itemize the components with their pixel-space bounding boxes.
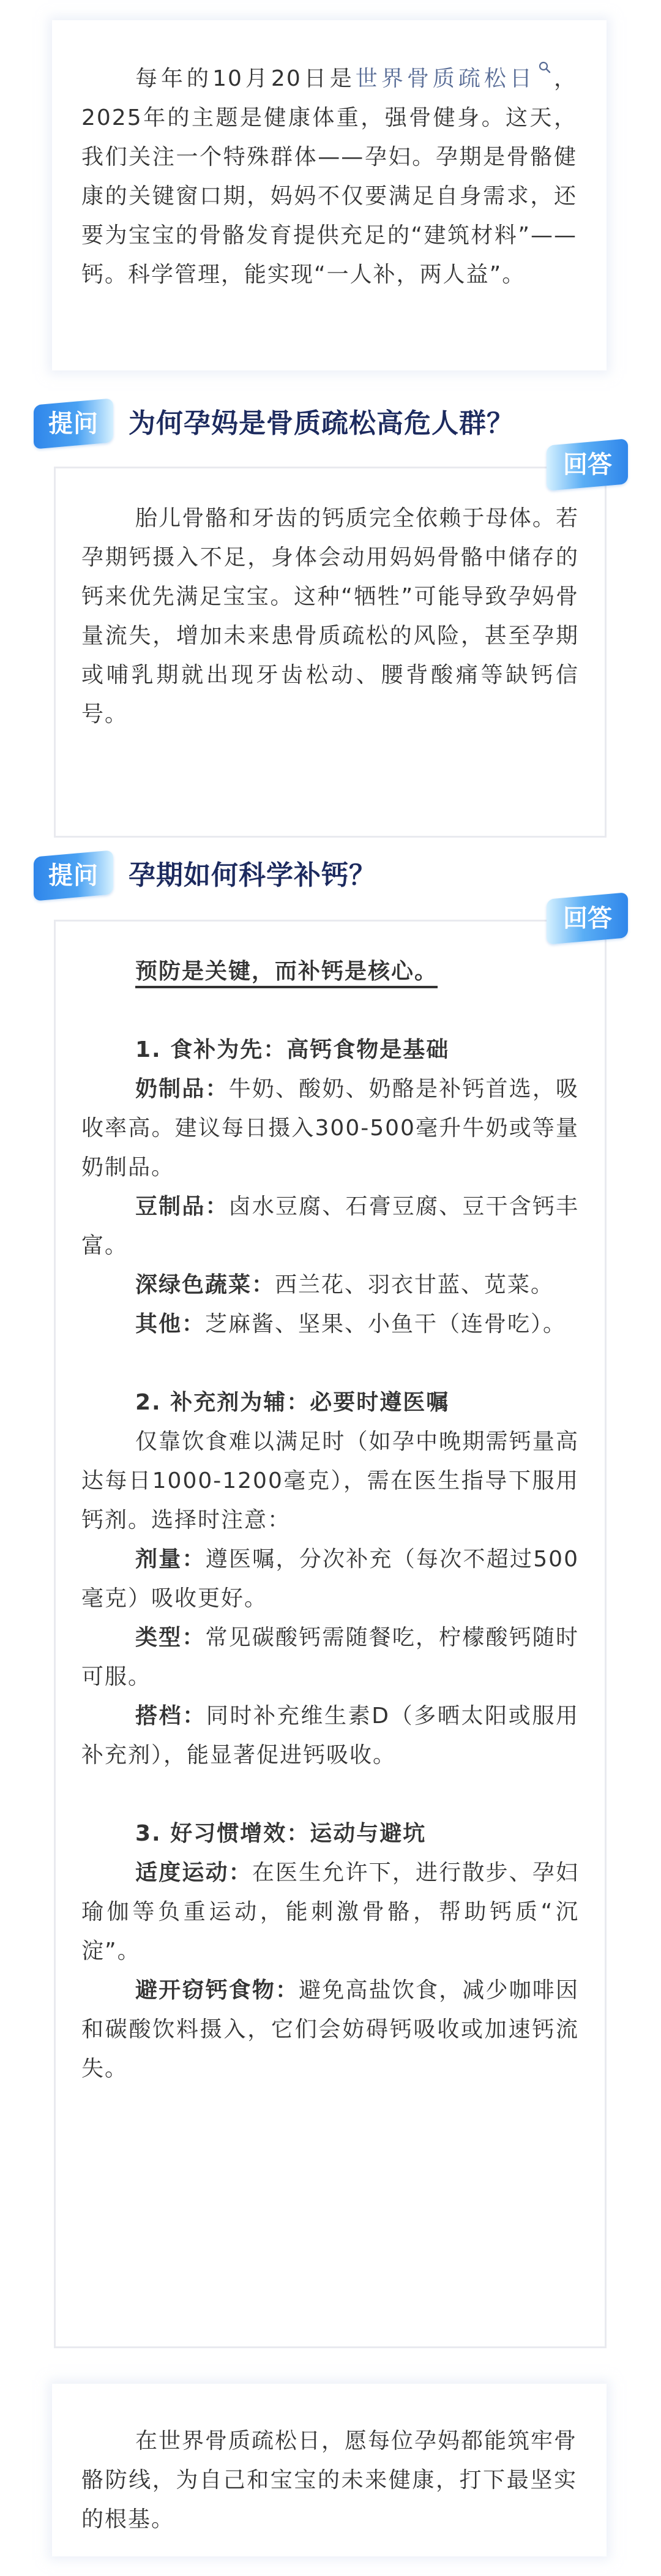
lead-statement: 预防是关键，而补钙是核心。 [135, 959, 438, 984]
search-icon[interactable] [538, 61, 551, 74]
lead-line: 预防是关键，而补钙是核心。 [81, 952, 579, 991]
list-item: 其他：芝麻酱、坚果、小鱼干（连骨吃）。 [81, 1305, 579, 1344]
question-badge-2: 提问 [34, 850, 113, 901]
list-item: 搭档：同时补充维生素D（多晒太阳或服用补充剂），能显著促进钙吸收。 [81, 1697, 579, 1775]
list-item: 深绿色蔬菜：西兰花、羽衣甘蓝、苋菜。 [81, 1266, 579, 1305]
intro-card: 每年的10月20日是世界骨质疏松日，2025年的主题是健康体重，强骨健身。这天，… [52, 20, 607, 370]
intro-paragraph: 每年的10月20日是世界骨质疏松日，2025年的主题是健康体重，强骨健身。这天，… [81, 59, 577, 295]
intro-lead-text: 每年的10月20日是 [135, 66, 356, 91]
closing-card: 在世界骨质疏松日，愿每位孕妈都能筑牢骨骼防线，为自己和宝宝的未来健康，打下最坚实… [52, 2384, 607, 2556]
list-item: 豆制品：卤水豆腐、石膏豆腐、豆干含钙丰富。 [81, 1187, 579, 1266]
question-title-2: 孕期如何科学补钙？ [129, 857, 376, 894]
section-heading-3: 3. 好习惯增效：运动与避坑 [81, 1814, 579, 1853]
answer-badge-1: 回答 [547, 438, 628, 491]
section-intro-2: 仅靠饮食难以满足时（如孕中晚期需钙量高达每日1000-1200毫克），需在医生指… [81, 1422, 579, 1540]
answer-box-1: 胎儿骨骼和牙齿的钙质完全依赖于母体。若孕期钙摄入不足，身体会动用妈妈骨骼中储存的… [54, 467, 607, 838]
answer-box-2: 预防是关键，而补钙是核心。 1. 食补为先：高钙食物是基础 奶制品：牛奶、酸奶、… [54, 920, 607, 2348]
answer-badge-2: 回答 [547, 892, 628, 945]
closing-paragraph: 在世界骨质疏松日，愿每位孕妈都能筑牢骨骼防线，为自己和宝宝的未来健康，打下最坚实… [81, 2422, 577, 2539]
list-item: 适度运动：在医生允许下，进行散步、孕妇瑜伽等负重运动，能刺激骨骼，帮助钙质“沉淀… [81, 1853, 579, 1971]
intro-body-text: ，2025年的主题是健康体重，强骨健身。这天，我们关注一个特殊群体——孕妇。孕期… [81, 66, 577, 287]
section-heading-2: 2. 补充剂为辅：必要时遵医嘱 [81, 1383, 579, 1422]
world-osteoporosis-day-link[interactable]: 世界骨质疏松日 [356, 66, 536, 91]
question-badge-1: 提问 [34, 398, 113, 449]
answer-paragraph-1: 胎儿骨骼和牙齿的钙质完全依赖于母体。若孕期钙摄入不足，身体会动用妈妈骨骼中储存的… [81, 499, 579, 734]
list-item: 剂量：遵医嘱，分次补充（每次不超过500毫克）吸收更好。 [81, 1540, 579, 1618]
list-item: 奶制品：牛奶、酸奶、奶酪是补钙首选，吸收率高。建议每日摄入300-500毫升牛奶… [81, 1070, 579, 1187]
list-item: 避开窃钙食物：避免高盐饮食，减少咖啡因和碳酸饮料摄入，它们会妨碍钙吸收或加速钙流… [81, 1971, 579, 2089]
list-item: 类型：常见碳酸钙需随餐吃，柠檬酸钙随时可服。 [81, 1618, 579, 1697]
question-title-1: 为何孕妈是骨质疏松高危人群？ [129, 405, 514, 442]
section-heading-1: 1. 食补为先：高钙食物是基础 [81, 1031, 579, 1070]
